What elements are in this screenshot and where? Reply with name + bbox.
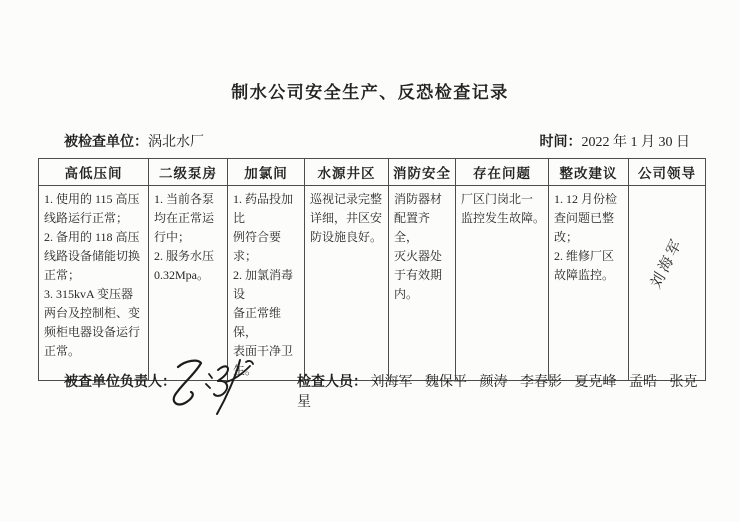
- inspector-name: 孟晧: [629, 375, 657, 390]
- cell-text: 1. 使用的 115 高压 线路运行正常； 2. 备用的 118 高压 线路设备…: [39, 186, 148, 361]
- column-header-rectification-suggestions: 整改建议: [549, 159, 629, 186]
- time-value: 2022 年 1 月 30 日: [582, 135, 691, 150]
- cell-fire-safety: 消防器材 配置齐全， 灭火器处 于有效期 内。: [389, 186, 456, 381]
- cell-high-low-voltage-room: 1. 使用的 115 高压 线路运行正常； 2. 备用的 118 高压 线路设备…: [39, 186, 149, 381]
- column-header-chlorination-room: 加氯间: [228, 159, 305, 186]
- column-header-secondary-pump-room: 二级泵房: [149, 159, 228, 186]
- cell-company-leader: 刘海军: [629, 186, 706, 381]
- meta-row: 被检查单位：涡北水厂 时间：2022 年 1 月 30 日: [64, 131, 690, 151]
- cell-text: 1. 药品投加比 例符合要求； 2. 加氯消毒设 备正常维保， 表面干净卫 生。: [228, 186, 304, 380]
- inspector-name: 李春影: [520, 375, 562, 390]
- inspectors-label: 检查人员：: [297, 375, 367, 390]
- inspection-record-table: 高低压间 二级泵房 加氯间 水源井区 消防安全 存在问题 整改建议 公司领导 1…: [38, 158, 706, 381]
- responsible-handwritten-signature: [160, 354, 270, 420]
- scanned-document-page: 制水公司安全生产、反恐检查记录 被检查单位：涡北水厂 时间：2022 年 1 月…: [0, 0, 740, 522]
- cell-rectification-suggestions: 1. 12 月份检 查问题已整 改； 2. 维修厂区 故障监控。: [549, 186, 629, 381]
- table-body-row: 1. 使用的 115 高压 线路运行正常； 2. 备用的 118 高压 线路设备…: [39, 186, 706, 381]
- inspector-name: 魏保平: [425, 375, 467, 390]
- column-header-high-low-voltage-room: 高低压间: [39, 159, 149, 186]
- column-header-well-field: 水源井区: [305, 159, 389, 186]
- inspectors: 检查人员： 刘海军 魏保平 颜涛 李春影 夏克峰 孟晧 张克星: [297, 371, 720, 411]
- leader-handwritten-signature: 刘海军: [645, 233, 687, 293]
- time-label: 时间：: [540, 135, 582, 150]
- inspected-unit-value: 涡北水厂: [148, 135, 204, 150]
- document-title: 制水公司安全生产、反恐检查记录: [0, 78, 740, 103]
- column-header-fire-safety: 消防安全: [389, 159, 456, 186]
- inspector-name: 颜涛: [480, 375, 508, 390]
- inspector-name: 夏克峰: [575, 375, 617, 390]
- column-header-company-leader: 公司领导: [629, 159, 706, 186]
- inspected-unit: 被检查单位：涡北水厂: [64, 131, 204, 151]
- cell-text: 1. 当前各泵 均在正常运 行中； 2. 服务水压 0.32Mpa。: [149, 186, 227, 285]
- cell-text: 巡视记录完整 详细，井区安 防设施良好。: [305, 186, 388, 247]
- cell-chlorination-room: 1. 药品投加比 例符合要求； 2. 加氯消毒设 备正常维保， 表面干净卫 生。: [228, 186, 305, 381]
- cell-secondary-pump-room: 1. 当前各泵 均在正常运 行中； 2. 服务水压 0.32Mpa。: [149, 186, 228, 381]
- cell-well-field: 巡视记录完整 详细，井区安 防设施良好。: [305, 186, 389, 381]
- column-header-existing-problems: 存在问题: [456, 159, 549, 186]
- inspected-unit-label: 被检查单位：: [64, 135, 148, 150]
- cell-text: 厂区门岗北一 监控发生故障。: [456, 186, 548, 228]
- cell-text: 1. 12 月份检 查问题已整 改； 2. 维修厂区 故障监控。: [549, 186, 628, 285]
- inspector-name: 刘海军: [371, 375, 413, 390]
- cell-existing-problems: 厂区门岗北一 监控发生故障。: [456, 186, 549, 381]
- cell-text: 消防器材 配置齐全， 灭火器处 于有效期 内。: [389, 186, 455, 304]
- table-header-row: 高低压间 二级泵房 加氯间 水源井区 消防安全 存在问题 整改建议 公司领导: [39, 159, 706, 186]
- inspection-date: 时间：2022 年 1 月 30 日: [540, 131, 691, 151]
